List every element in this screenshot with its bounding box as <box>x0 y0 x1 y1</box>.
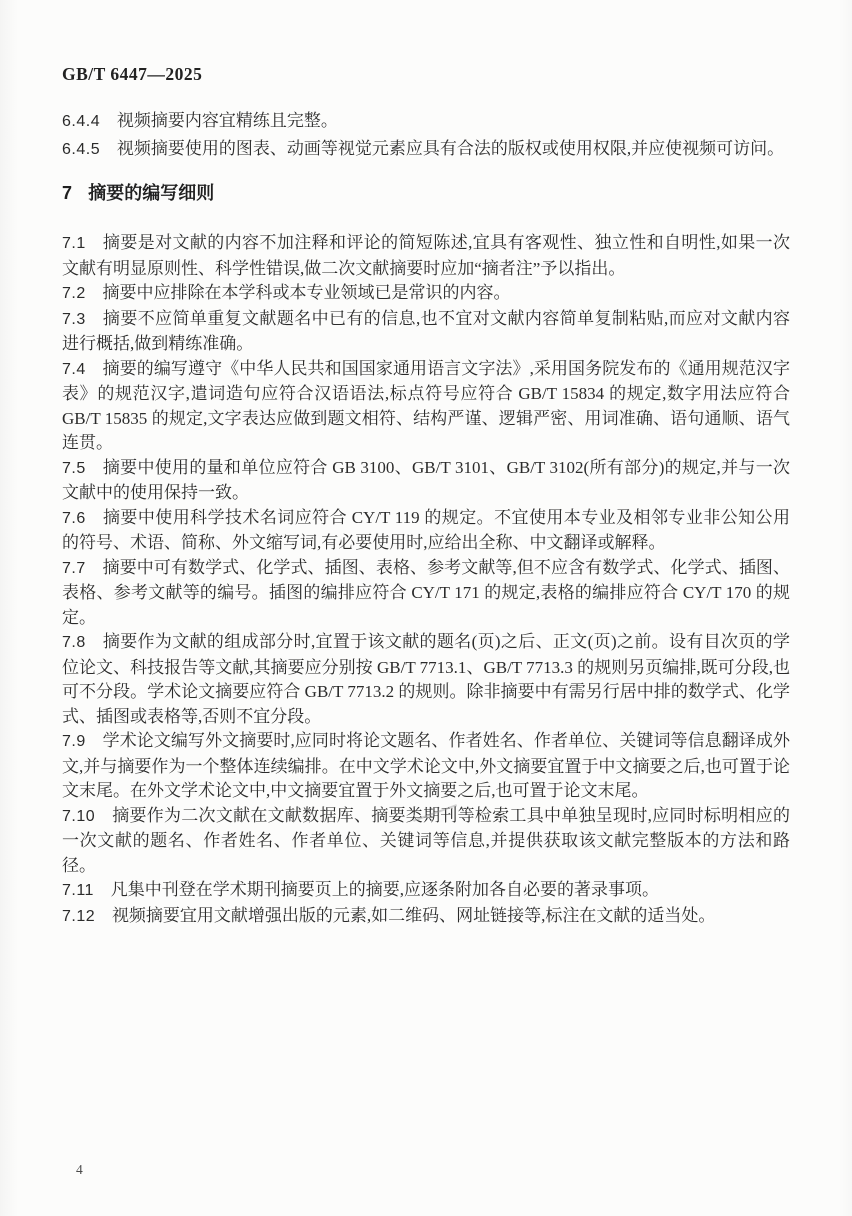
clause-7-7: 7.7摘要中可有数学式、化学式、插图、表格、参考文献等,但不应含有数学式、化学式… <box>62 556 790 631</box>
clause-number: 7.8 <box>62 634 86 651</box>
section-number: 7 <box>62 183 72 203</box>
clause-7-6: 7.6摘要中使用科学技术名词应符合 CY/T 119 的规定。不宜使用本专业及相… <box>62 506 790 556</box>
clause-7-12: 7.12视频摘要宜用文献增强出版的元素,如二维码、网址链接等,标注在文献的适当处… <box>62 904 790 930</box>
section-7-clauses: 7.1摘要是对文献的内容不加注释和评论的简短陈述,宜具有客观性、独立性和自明性,… <box>62 231 790 929</box>
clause-7-2: 7.2摘要中应排除在本学科或本专业领域已是常识的内容。 <box>62 281 790 307</box>
page-number: 4 <box>76 1162 83 1178</box>
clause-number: 6.4.5 <box>62 141 100 158</box>
clause-7-8: 7.8摘要作为文献的组成部分时,宜置于该文献的题名(页)之后、正文(页)之前。设… <box>62 630 790 729</box>
clause-text: 摘要中使用的量和单位应符合 GB 3100、GB/T 3101、GB/T 310… <box>62 458 790 503</box>
clause-number: 6.4.4 <box>62 113 100 130</box>
clause-6-4-5: 6.4.5视频摘要使用的图表、动画等视觉元素应具有合法的版权或使用权限,并应使视… <box>62 135 790 163</box>
clause-text: 摘要的编写遵守《中华人民共和国国家通用语言文字法》,采用国务院发布的《通用规范汉… <box>62 359 790 453</box>
clause-number: 7.2 <box>62 285 86 302</box>
clause-number: 7.9 <box>62 733 86 750</box>
clause-text: 摘要中可有数学式、化学式、插图、表格、参考文献等,但不应含有数学式、化学式、插图… <box>62 558 790 627</box>
clause-text: 摘要作为文献的组成部分时,宜置于该文献的题名(页)之后、正文(页)之前。设有目次… <box>62 632 790 726</box>
clause-7-5: 7.5摘要中使用的量和单位应符合 GB 3100、GB/T 3101、GB/T … <box>62 456 790 506</box>
clause-7-3: 7.3摘要不应简单重复文献题名中已有的信息,也不宜对文献内容简单复制粘贴,而应对… <box>62 307 790 357</box>
section-6-clauses: 6.4.4视频摘要内容宜精练且完整。 6.4.5视频摘要使用的图表、动画等视觉元… <box>62 107 790 163</box>
clause-text: 摘要作为二次文献在文献数据库、摘要类期刊等检索工具中单独呈现时,应同时标明相应的… <box>62 806 790 875</box>
doc-code-header: GB/T 6447—2025 <box>62 64 202 85</box>
clause-number: 7.10 <box>62 808 95 825</box>
clause-text: 摘要不应简单重复文献题名中已有的信息,也不宜对文献内容简单复制粘贴,而应对文献内… <box>62 309 790 354</box>
clause-text: 摘要是对文献的内容不加注释和评论的简短陈述,宜具有客观性、独立性和自明性,如果一… <box>62 233 790 278</box>
clause-number: 7.6 <box>62 510 86 527</box>
clause-number: 7.11 <box>62 882 94 899</box>
clause-text: 视频摘要宜用文献增强出版的元素,如二维码、网址链接等,标注在文献的适当处。 <box>112 906 716 925</box>
clause-7-9: 7.9学术论文编写外文摘要时,应同时将论文题名、作者姓名、作者单位、关键词等信息… <box>62 729 790 804</box>
clause-text: 凡集中刊登在学术期刊摘要页上的摘要,应逐条附加各自必要的著录事项。 <box>111 880 659 899</box>
clause-number: 7.3 <box>62 311 86 328</box>
clause-7-1: 7.1摘要是对文献的内容不加注释和评论的简短陈述,宜具有客观性、独立性和自明性,… <box>62 231 790 281</box>
clause-7-11: 7.11凡集中刊登在学术期刊摘要页上的摘要,应逐条附加各自必要的著录事项。 <box>62 878 790 904</box>
clause-text: 视频摘要内容宜精练且完整。 <box>117 111 338 130</box>
clause-number: 7.5 <box>62 460 86 477</box>
section-7-heading: 7摘要的编写细则 <box>62 179 214 205</box>
document-page: GB/T 6447—2025 6.4.4视频摘要内容宜精练且完整。 6.4.5视… <box>0 0 852 1216</box>
clause-text: 视频摘要使用的图表、动画等视觉元素应具有合法的版权或使用权限,并应使视频可访问。 <box>117 139 784 158</box>
clause-number: 7.4 <box>62 361 86 378</box>
section-title: 摘要的编写细则 <box>88 183 214 203</box>
clause-7-10: 7.10摘要作为二次文献在文献数据库、摘要类期刊等检索工具中单独呈现时,应同时标… <box>62 804 790 879</box>
clause-6-4-4: 6.4.4视频摘要内容宜精练且完整。 <box>62 107 790 135</box>
clause-text: 学术论文编写外文摘要时,应同时将论文题名、作者姓名、作者单位、关键词等信息翻译成… <box>62 731 790 800</box>
clause-number: 7.12 <box>62 908 95 925</box>
clause-7-4: 7.4摘要的编写遵守《中华人民共和国国家通用语言文字法》,采用国务院发布的《通用… <box>62 357 790 456</box>
clause-text: 摘要中使用科学技术名词应符合 CY/T 119 的规定。不宜使用本专业及相邻专业… <box>62 508 790 553</box>
clause-text: 摘要中应排除在本学科或本专业领域已是常识的内容。 <box>103 283 511 302</box>
clause-number: 7.7 <box>62 560 86 577</box>
clause-number: 7.1 <box>62 235 86 252</box>
